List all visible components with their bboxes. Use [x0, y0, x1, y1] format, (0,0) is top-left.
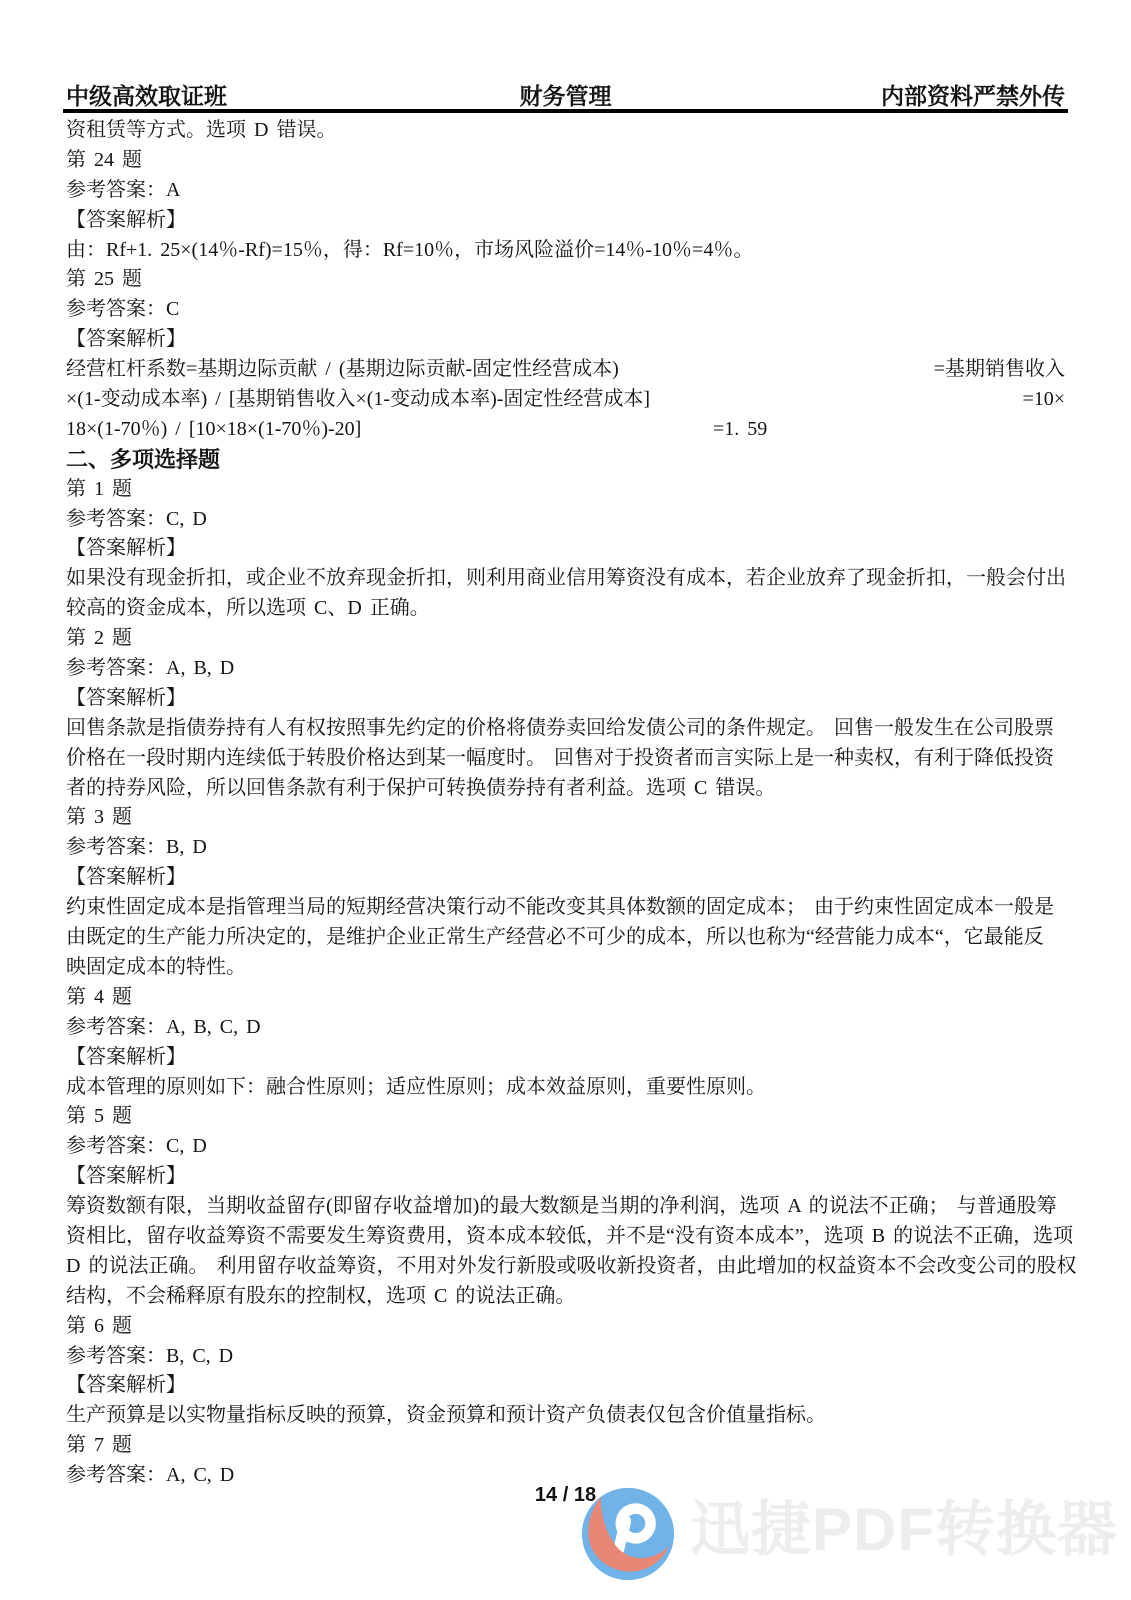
line-text: 第 6 题	[66, 1315, 132, 1337]
line-text: 回售条款是指债券持有人有权按照事先约定的价格将债券卖回给发债公司的条件规定。 回…	[66, 717, 1054, 739]
text-line: 第 4 题	[66, 983, 1065, 1013]
line-text: 参考答案：A	[66, 179, 180, 201]
line-text: 筹资数额有限，当期收益留存(即留存收益增加)的最大数额是当期的净利润，选项 A …	[66, 1195, 1057, 1217]
text-line: 第 1 题	[66, 475, 1065, 505]
line-text: 第 24 题	[66, 149, 142, 171]
line-text: 第 4 题	[66, 986, 132, 1008]
line-text: 结构，不会稀释原有股东的控制权，选项 C 的说法正确。	[66, 1285, 575, 1307]
pdf-page: 中级高效取证班 财务管理 内部资料严禁外传 资租赁等方式。选项 D 错误。第 2…	[0, 0, 1131, 1600]
text-line: 【答案解析】	[66, 1162, 1065, 1192]
line-text: 参考答案：B, C, D	[66, 1345, 233, 1367]
line-text: 18×(1-70％) / [10×18×(1-70％)-20]	[66, 418, 361, 440]
text-line: 【答案解析】	[66, 863, 1065, 893]
text-line: 由既定的生产能力所决定的，是维护企业正常生产经营必不可少的成本，所以也称为“经营…	[66, 923, 1065, 953]
line-text: 由既定的生产能力所决定的，是维护企业正常生产经营必不可少的成本，所以也称为“经营…	[66, 926, 1044, 948]
line-text: 如果没有现金折扣，或企业不放弃现金折扣，则利用商业信用筹资没有成本，若企业放弃了…	[66, 567, 1066, 589]
text-line: 【答案解析】	[66, 684, 1065, 714]
text-line: 第 2 题	[66, 624, 1065, 654]
text-line: 者的持券风险，所以回售条款有利于保护可转换债券持有者利益。选项 C 错误。	[66, 774, 1065, 804]
text-line: 由：Rf+1. 25×(14％-Rf)=15％，得：Rf=10％，市场风险溢价=…	[66, 236, 1065, 266]
text-line: 生产预算是以实物量指标反映的预算，资金预算和预计资产负债表仅包含价值量指标。	[66, 1401, 1065, 1431]
line-text: 第 5 题	[66, 1105, 132, 1127]
line-text: 由：Rf+1. 25×(14％-Rf)=15％，得：Rf=10％，市场风险溢价=…	[66, 239, 753, 261]
line-text: 【答案解析】	[66, 537, 186, 559]
text-line: 【答案解析】	[66, 1371, 1065, 1401]
line-text: 第 1 题	[66, 478, 132, 500]
text-line: 回售条款是指债券持有人有权按照事先约定的价格将债券卖回给发债公司的条件规定。 回…	[66, 714, 1065, 744]
text-line: 价格在一段时期内连续低于转股价格达到某一幅度时。 回售对于投资者而言实际上是一种…	[66, 744, 1065, 774]
line-text: 参考答案：A, B, C, D	[66, 1016, 261, 1038]
text-line: 第 7 题	[66, 1431, 1065, 1461]
line-text: 参考答案：C, D	[66, 508, 207, 530]
line-text: 二、多项选择题	[66, 447, 220, 472]
header-divider	[63, 109, 1068, 113]
line-right-value: =10×	[1022, 385, 1065, 415]
text-line: 资相比，留存收益筹资不需要发生筹资费用，资本成本较低，并不是“没有资本成本”，选…	[66, 1222, 1065, 1252]
section-heading: 二、多项选择题	[66, 445, 1065, 475]
line-right-value: =基期销售收入	[934, 355, 1065, 385]
line-text: 参考答案：A, C, D	[66, 1464, 234, 1486]
text-line: 较高的资金成本，所以选项 C、D 正确。	[66, 594, 1065, 624]
text-line: 参考答案：A, B, D	[66, 654, 1065, 684]
line-text: 【答案解析】	[66, 1046, 186, 1068]
watermark-brand-text: 迅捷PDF转换器	[690, 1498, 1118, 1562]
header-confidential-notice: 内部资料严禁外传	[881, 83, 1065, 109]
text-line: 约束性固定成本是指管理当局的短期经营决策行动不能改变其具体数额的固定成本； 由于…	[66, 893, 1065, 923]
text-line: 参考答案：B, C, D	[66, 1342, 1065, 1372]
line-text: 第 25 题	[66, 268, 142, 290]
line-text: 者的持券风险，所以回售条款有利于保护可转换债券持有者利益。选项 C 错误。	[66, 777, 775, 799]
line-mid-value: =1. 59	[713, 415, 767, 445]
line-text: 参考答案：C	[66, 298, 179, 320]
line-text: 【答案解析】	[66, 866, 186, 888]
line-text: 【答案解析】	[66, 328, 186, 350]
text-line: 第 5 题	[66, 1102, 1065, 1132]
text-line: 参考答案：A, B, C, D	[66, 1013, 1065, 1043]
text-line: 参考答案：C, D	[66, 505, 1065, 535]
header-subject-title: 财务管理	[520, 83, 612, 109]
text-line: 映固定成本的特性。	[66, 953, 1065, 983]
line-text: 约束性固定成本是指管理当局的短期经营决策行动不能改变其具体数额的固定成本； 由于…	[66, 896, 1054, 918]
text-line: 参考答案：A	[66, 176, 1065, 206]
line-text: 价格在一段时期内连续低于转股价格达到某一幅度时。 回售对于投资者而言实际上是一种…	[66, 747, 1054, 769]
line-text: 参考答案：A, B, D	[66, 657, 234, 679]
line-text: D 的说法正确。 利用留存收益筹资，不用对外发行新股或吸收新投资者，由此增加的权…	[66, 1255, 1076, 1277]
text-line: 【答案解析】	[66, 325, 1065, 355]
line-text: 参考答案：B, D	[66, 836, 207, 858]
line-text: 第 7 题	[66, 1434, 132, 1456]
line-text: 参考答案：C, D	[66, 1135, 207, 1157]
line-text: 第 3 题	[66, 806, 132, 828]
text-line: 经营杠杆系数=基期边际贡献 / (基期边际贡献-固定性经营成本)=基期销售收入	[66, 355, 1065, 385]
text-line: 参考答案：B, D	[66, 833, 1065, 863]
line-text: 【答案解析】	[66, 1374, 186, 1396]
text-line: 资租赁等方式。选项 D 错误。	[66, 116, 1065, 146]
text-line: ×(1-变动成本率) / [基期销售收入×(1-变动成本率)-固定性经营成本]=…	[66, 385, 1065, 415]
text-line: 筹资数额有限，当期收益留存(即留存收益增加)的最大数额是当期的净利润，选项 A …	[66, 1192, 1065, 1222]
text-line: 【答案解析】	[66, 534, 1065, 564]
text-line: 参考答案：C, D	[66, 1132, 1065, 1162]
text-line: 参考答案：C	[66, 295, 1065, 325]
text-line: 18×(1-70％) / [10×18×(1-70％)-20]=1. 59	[66, 415, 1065, 445]
line-text: 成本管理的原则如下：融合性原则；适应性原则；成本效益原则，重要性原则。	[66, 1076, 766, 1098]
text-line: 第 3 题	[66, 803, 1065, 833]
text-line: D 的说法正确。 利用留存收益筹资，不用对外发行新股或吸收新投资者，由此增加的权…	[66, 1252, 1065, 1282]
line-text: 经营杠杆系数=基期边际贡献 / (基期边际贡献-固定性经营成本)	[66, 355, 619, 385]
line-text: 生产预算是以实物量指标反映的预算，资金预算和预计资产负债表仅包含价值量指标。	[66, 1404, 826, 1426]
page-header: 中级高效取证班 财务管理 内部资料严禁外传	[66, 83, 1065, 109]
line-text: 资相比，留存收益筹资不需要发生筹资费用，资本成本较低，并不是“没有资本成本”，选…	[66, 1225, 1073, 1247]
text-line: 结构，不会稀释原有股东的控制权，选项 C 的说法正确。	[66, 1282, 1065, 1312]
line-text: 第 2 题	[66, 627, 132, 649]
text-line: 【答案解析】	[66, 206, 1065, 236]
text-line: 【答案解析】	[66, 1043, 1065, 1073]
line-text: 资租赁等方式。选项 D 错误。	[66, 119, 336, 141]
text-line: 第 24 题	[66, 146, 1065, 176]
line-text: 【答案解析】	[66, 209, 186, 231]
text-line: 如果没有现金折扣，或企业不放弃现金折扣，则利用商业信用筹资没有成本，若企业放弃了…	[66, 564, 1065, 594]
text-line: 第 6 题	[66, 1312, 1065, 1342]
line-text: 映固定成本的特性。	[66, 956, 246, 978]
line-text: 较高的资金成本，所以选项 C、D 正确。	[66, 597, 430, 619]
document-body: 资租赁等方式。选项 D 错误。第 24 题参考答案：A【答案解析】由：Rf+1.…	[66, 116, 1065, 1491]
pdf-converter-logo-icon	[580, 1486, 676, 1582]
header-course-title: 中级高效取证班	[66, 83, 227, 109]
text-line: 成本管理的原则如下：融合性原则；适应性原则；成本效益原则，重要性原则。	[66, 1073, 1065, 1103]
text-line: 第 25 题	[66, 265, 1065, 295]
line-text: 【答案解析】	[66, 1165, 186, 1187]
line-text: 【答案解析】	[66, 687, 186, 709]
line-text: ×(1-变动成本率) / [基期销售收入×(1-变动成本率)-固定性经营成本]	[66, 385, 650, 415]
